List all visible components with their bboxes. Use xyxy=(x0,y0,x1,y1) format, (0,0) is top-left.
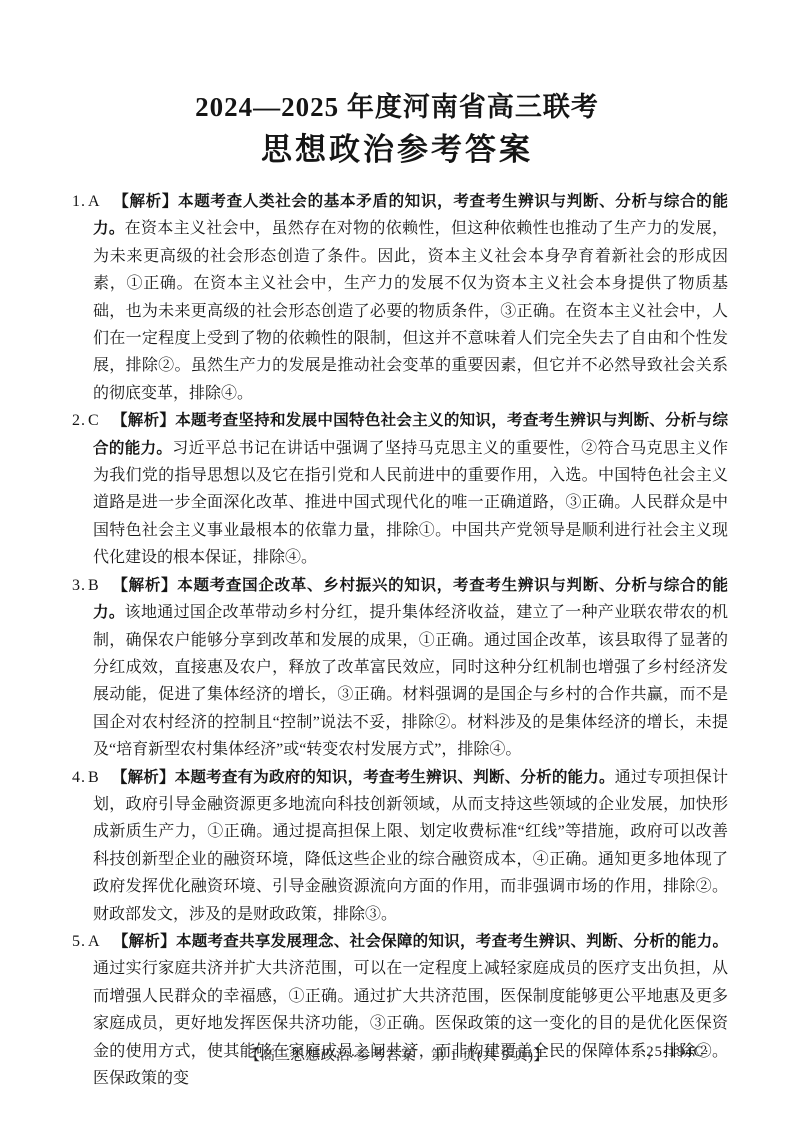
exam-answer-page: 2024—2025 年度河南省高三联考 思想政治参考答案 1.A【解析】本题考查… xyxy=(0,0,794,1122)
analysis-body: 该地通过国企改革带动乡村分红，提升集体经济收益，建立了一种产业联农带农的机制，确… xyxy=(93,604,728,758)
analysis-intro: 本题考查共享发展理念、社会保障的知识，考查考生辨识、判断、分析的能力。 xyxy=(176,933,728,950)
analysis-label: 【解析】 xyxy=(113,933,176,950)
question-number: 4. xyxy=(72,769,86,786)
answer-letter: B xyxy=(88,577,99,594)
analysis-body: 通过专项担保计划，政府引导金融资源更多地流向科技创新领域，从而支持这些领域的企业… xyxy=(93,769,728,923)
document-subtitle: 思想政治参考答案 xyxy=(0,124,794,169)
page-footer: 【高三思想政治·参考答案 第 1 页(共 5 页)】 ·25-194C· xyxy=(0,1044,794,1068)
question-number: 1. xyxy=(72,193,86,210)
analysis-body: 在资本主义社会中，虽然存在对物的依赖性，但这种依赖性也推动了生产力的发展，为未来… xyxy=(93,220,728,401)
analysis-label: 【解析】 xyxy=(112,412,176,429)
answer-item-1: 1.A【解析】本题考查人类社会的基本矛盾的知识，考查考生辨识与判断、分析与综合的… xyxy=(72,188,728,407)
analysis-label: 【解析】 xyxy=(112,769,175,786)
analysis-intro: 本题考查有为政府的知识，考查考生辨识、判断、分析的能力。 xyxy=(175,769,615,786)
answer-item-3: 3.B【解析】本题考查国企改革、乡村振兴的知识，考查考生辨识与判断、分析与综合的… xyxy=(72,572,728,764)
question-number: 2. xyxy=(72,412,86,429)
footer-paper-code: ·25-194C· xyxy=(641,1044,710,1061)
analysis-label: 【解析】 xyxy=(113,193,178,210)
answers-body: 1.A【解析】本题考查人类社会的基本矛盾的知识，考查考生辨识与判断、分析与综合的… xyxy=(72,188,728,1092)
answer-letter: A xyxy=(88,933,100,950)
answer-item-4: 4.B【解析】本题考查有为政府的知识，考查考生辨识、判断、分析的能力。通过专项担… xyxy=(72,764,728,928)
answer-item-2: 2.C【解析】本题考查坚持和发展中国特色社会主义的知识，考查考生辨识与判断、分析… xyxy=(72,407,728,571)
analysis-body: 通过实行家庭共济并扩大共济范围，可以在一定程度上减轻家庭成员的医疗支出负担，从而… xyxy=(93,960,728,1087)
question-number: 3. xyxy=(72,577,86,594)
answer-letter: A xyxy=(88,193,100,210)
analysis-label: 【解析】 xyxy=(112,577,178,594)
question-number: 5. xyxy=(72,933,86,950)
document-title: 2024—2025 年度河南省高三联考 xyxy=(0,85,794,124)
answer-letter: C xyxy=(88,412,99,429)
analysis-body: 习近平总书记在讲话中强调了坚持马克思主义的重要性，②符合马克思主义作为我们党的指… xyxy=(93,440,728,567)
answer-letter: B xyxy=(88,769,99,786)
